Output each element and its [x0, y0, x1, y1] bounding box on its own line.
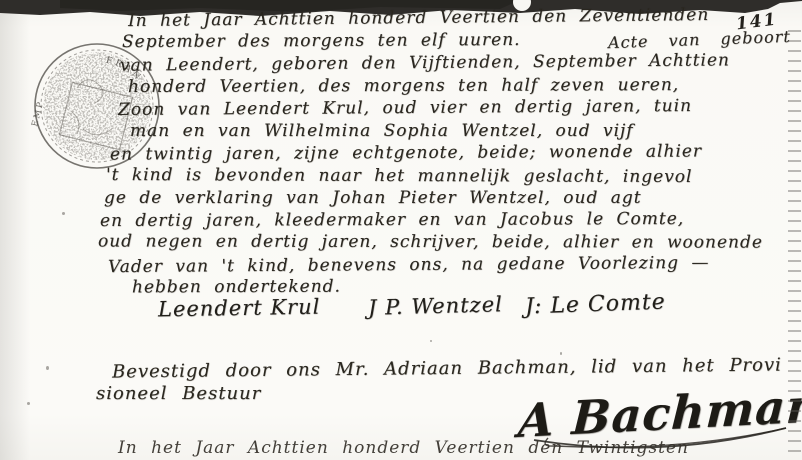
- ink-speck: [560, 352, 562, 355]
- act-line-4: honderd Veertien, des morgens ten half z…: [128, 75, 679, 97]
- act-line-12: Vader van 't kind, benevens ons, na geda…: [108, 253, 710, 277]
- page-edge-marks: [788, 30, 801, 458]
- ink-speck: [46, 366, 49, 370]
- act-line-5: Zoon van Leendert Krul, oud vier en dert…: [118, 96, 692, 120]
- act-line-9: ge de verklaring van Johan Pieter Wentze…: [104, 188, 642, 208]
- act-line-11: oud negen en dertig jaren, schrijver, be…: [98, 231, 763, 252]
- act-line-6: man en van Wilhelmina Sophia Wentzel, ou…: [130, 121, 634, 141]
- signature-witness-1: J P. Wentzel: [368, 292, 503, 320]
- act-line-8: 't kind is bevonden naar het mannelijk g…: [106, 165, 693, 187]
- attestation-line-1: Bevestigd door ons Mr. Adriaan Bachman, …: [112, 354, 782, 382]
- ink-speck: [430, 340, 432, 342]
- scanned-document-page: FRAN EMP In het Jaar Achttien honderd Ve…: [0, 0, 802, 460]
- ink-speck: [27, 402, 30, 405]
- act-line-10: en dertig jaren, kleedermaker en van Jac…: [100, 209, 684, 231]
- next-entry-line: In het Jaar Achttien honderd Veertien de…: [118, 438, 689, 458]
- signature-father: Leendert Krul: [158, 295, 321, 322]
- margin-annotation: Acte van geboort: [608, 27, 791, 52]
- act-line-3: van Leendert, geboren den Vijftienden, S…: [120, 50, 730, 75]
- act-line-2: September des morgens ten elf uuren.: [122, 30, 521, 52]
- ink-speck: [62, 212, 65, 215]
- attestation-line-2: sioneel Bestuur: [96, 383, 261, 404]
- signature-witness-2: J: Le Comte: [525, 290, 667, 320]
- act-line-7: en twintig jaren, zijne echtgenote, beid…: [110, 141, 702, 164]
